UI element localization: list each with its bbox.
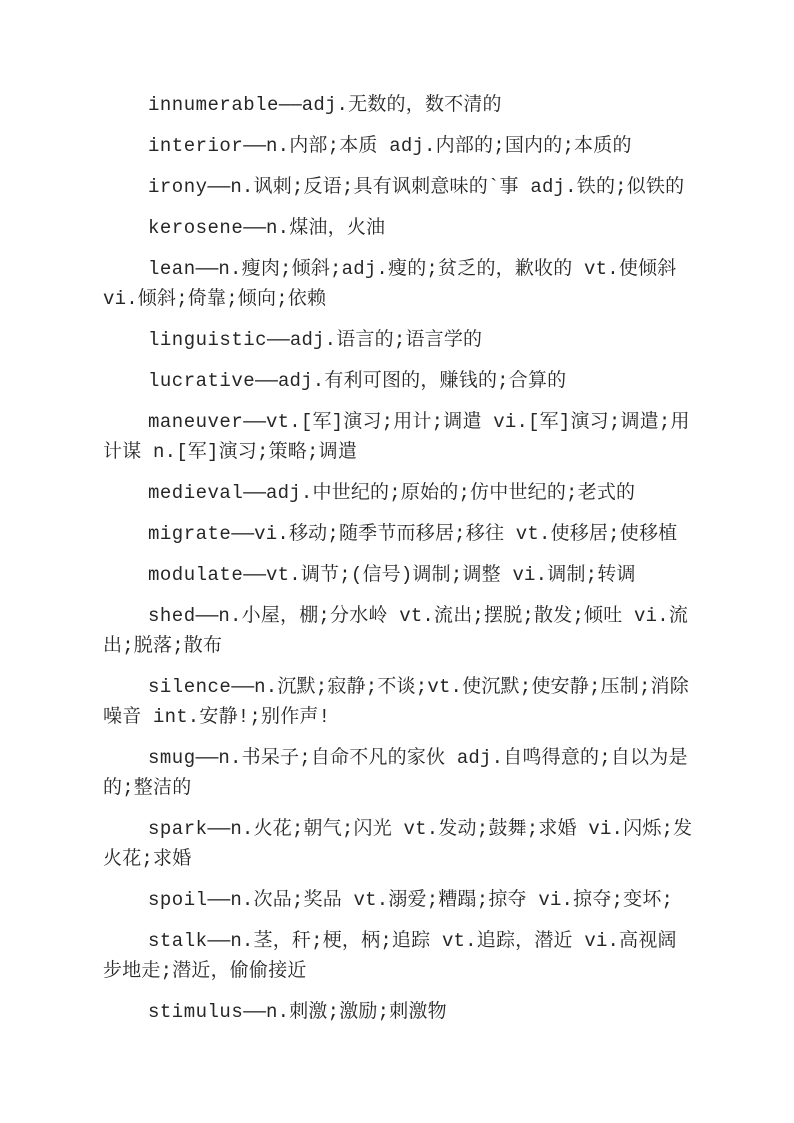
- entry-dash-separator: ——: [243, 135, 266, 157]
- entry-definition: n.内部;本质 adj.内部的;国内的;本质的: [266, 135, 632, 157]
- entry-dash-separator: ——: [255, 370, 278, 392]
- vocab-entry: spark——n.火花;朝气;闪光 vt.发动;鼓舞;求婚 vi.闪烁;发火花;…: [103, 814, 694, 874]
- vocab-entry: smug——n.书呆子;自命不凡的家伙 adj.自鸣得意的;自以为是的;整洁的: [103, 743, 694, 803]
- entry-definition: n.刺激;激励;刺激物: [266, 1001, 447, 1023]
- entry-word: spark: [148, 818, 208, 840]
- entry-dash-separator: ——: [243, 482, 266, 504]
- vocab-entry: stimulus——n.刺激;激励;刺激物: [103, 997, 694, 1027]
- entry-word: modulate: [148, 564, 243, 586]
- entry-dash-separator: ——: [243, 1001, 266, 1023]
- entry-dash-separator: ——: [279, 94, 302, 116]
- entry-word: irony: [148, 176, 208, 198]
- entry-word: silence: [148, 676, 231, 698]
- entry-dash-separator: ——: [208, 818, 231, 840]
- entry-word: stimulus: [148, 1001, 243, 1023]
- entry-word: medieval: [148, 482, 243, 504]
- entry-dash-separator: ——: [208, 176, 231, 198]
- entry-dash-separator: ——: [196, 258, 219, 280]
- entry-dash-separator: ——: [243, 411, 266, 433]
- entry-definition: n.次品;奖品 vt.溺爱;糟蹋;掠夺 vi.掠夺;变坏;: [230, 889, 673, 911]
- entry-dash-separator: ——: [231, 523, 254, 545]
- vocab-entry: maneuver——vt.[军]演习;用计;调遣 vi.[军]演习;调遣;用计谋…: [103, 407, 694, 467]
- entry-dash-separator: ——: [208, 930, 231, 952]
- vocab-entry: lean——n.瘦肉;倾斜;adj.瘦的;贫乏的，歉收的 vt.使倾斜 vi.倾…: [103, 254, 694, 314]
- vocab-entry: interior——n.内部;本质 adj.内部的;国内的;本质的: [103, 131, 694, 161]
- vocab-entry: innumerable——adj.无数的，数不清的: [103, 90, 694, 120]
- entry-definition: vi.移动;随季节而移居;移往 vt.使移居;使移植: [254, 523, 677, 545]
- vocab-entry: spoil——n.次品;奖品 vt.溺爱;糟蹋;掠夺 vi.掠夺;变坏;: [103, 885, 694, 915]
- entry-definition: adj.无数的，数不清的: [302, 94, 502, 116]
- vocab-entry: linguistic——adj.语言的;语言学的: [103, 325, 694, 355]
- vocab-entry: modulate——vt.调节;(信号)调制;调整 vi.调制;转调: [103, 560, 694, 590]
- vocab-list: innumerable——adj.无数的，数不清的 interior——n.内部…: [103, 90, 694, 1027]
- vocab-entry: irony——n.讽刺;反语;具有讽刺意味的`事 adj.铁的;似铁的: [103, 172, 694, 202]
- entry-definition: adj.有利可图的，赚钱的;合算的: [278, 370, 566, 392]
- entry-word: migrate: [148, 523, 231, 545]
- entry-word: spoil: [148, 889, 208, 911]
- vocab-entry: stalk——n.茎，秆;梗，柄;追踪 vt.追踪，潜近 vi.高视阔步地走;潜…: [103, 926, 694, 986]
- entry-definition: adj.语言的;语言学的: [290, 329, 482, 351]
- entry-definition: n.讽刺;反语;具有讽刺意味的`事 adj.铁的;似铁的: [230, 176, 684, 198]
- entry-word: lean: [148, 258, 196, 280]
- entry-dash-separator: ——: [243, 217, 266, 239]
- vocab-entry: migrate——vi.移动;随季节而移居;移往 vt.使移居;使移植: [103, 519, 694, 549]
- entry-definition: adj.中世纪的;原始的;仿中世纪的;老式的: [266, 482, 635, 504]
- entry-word: stalk: [148, 930, 208, 952]
- entry-dash-separator: ——: [267, 329, 290, 351]
- entry-dash-separator: ——: [208, 889, 231, 911]
- entry-dash-separator: ——: [231, 676, 254, 698]
- vocab-entry: kerosene——n.煤油，火油: [103, 213, 694, 243]
- entry-word: smug: [148, 747, 196, 769]
- document-page: innumerable——adj.无数的，数不清的 interior——n.内部…: [0, 0, 794, 1123]
- entry-definition: n.煤油，火油: [266, 217, 385, 239]
- vocab-entry: silence——n.沉默;寂静;不谈;vt.使沉默;使安静;压制;消除噪音 i…: [103, 672, 694, 732]
- vocab-entry: medieval——adj.中世纪的;原始的;仿中世纪的;老式的: [103, 478, 694, 508]
- entry-word: lucrative: [148, 370, 255, 392]
- entry-word: kerosene: [148, 217, 243, 239]
- entry-word: shed: [148, 605, 196, 627]
- entry-word: interior: [148, 135, 243, 157]
- entry-word: innumerable: [148, 94, 279, 116]
- entry-definition: vt.调节;(信号)调制;调整 vi.调制;转调: [266, 564, 636, 586]
- entry-dash-separator: ——: [196, 747, 219, 769]
- vocab-entry: lucrative——adj.有利可图的，赚钱的;合算的: [103, 366, 694, 396]
- entry-dash-separator: ——: [196, 605, 219, 627]
- vocab-entry: shed——n.小屋，棚;分水岭 vt.流出;摆脱;散发;倾吐 vi.流出;脱落…: [103, 601, 694, 661]
- entry-word: linguistic: [148, 329, 267, 351]
- entry-word: maneuver: [148, 411, 243, 433]
- entry-dash-separator: ——: [243, 564, 266, 586]
